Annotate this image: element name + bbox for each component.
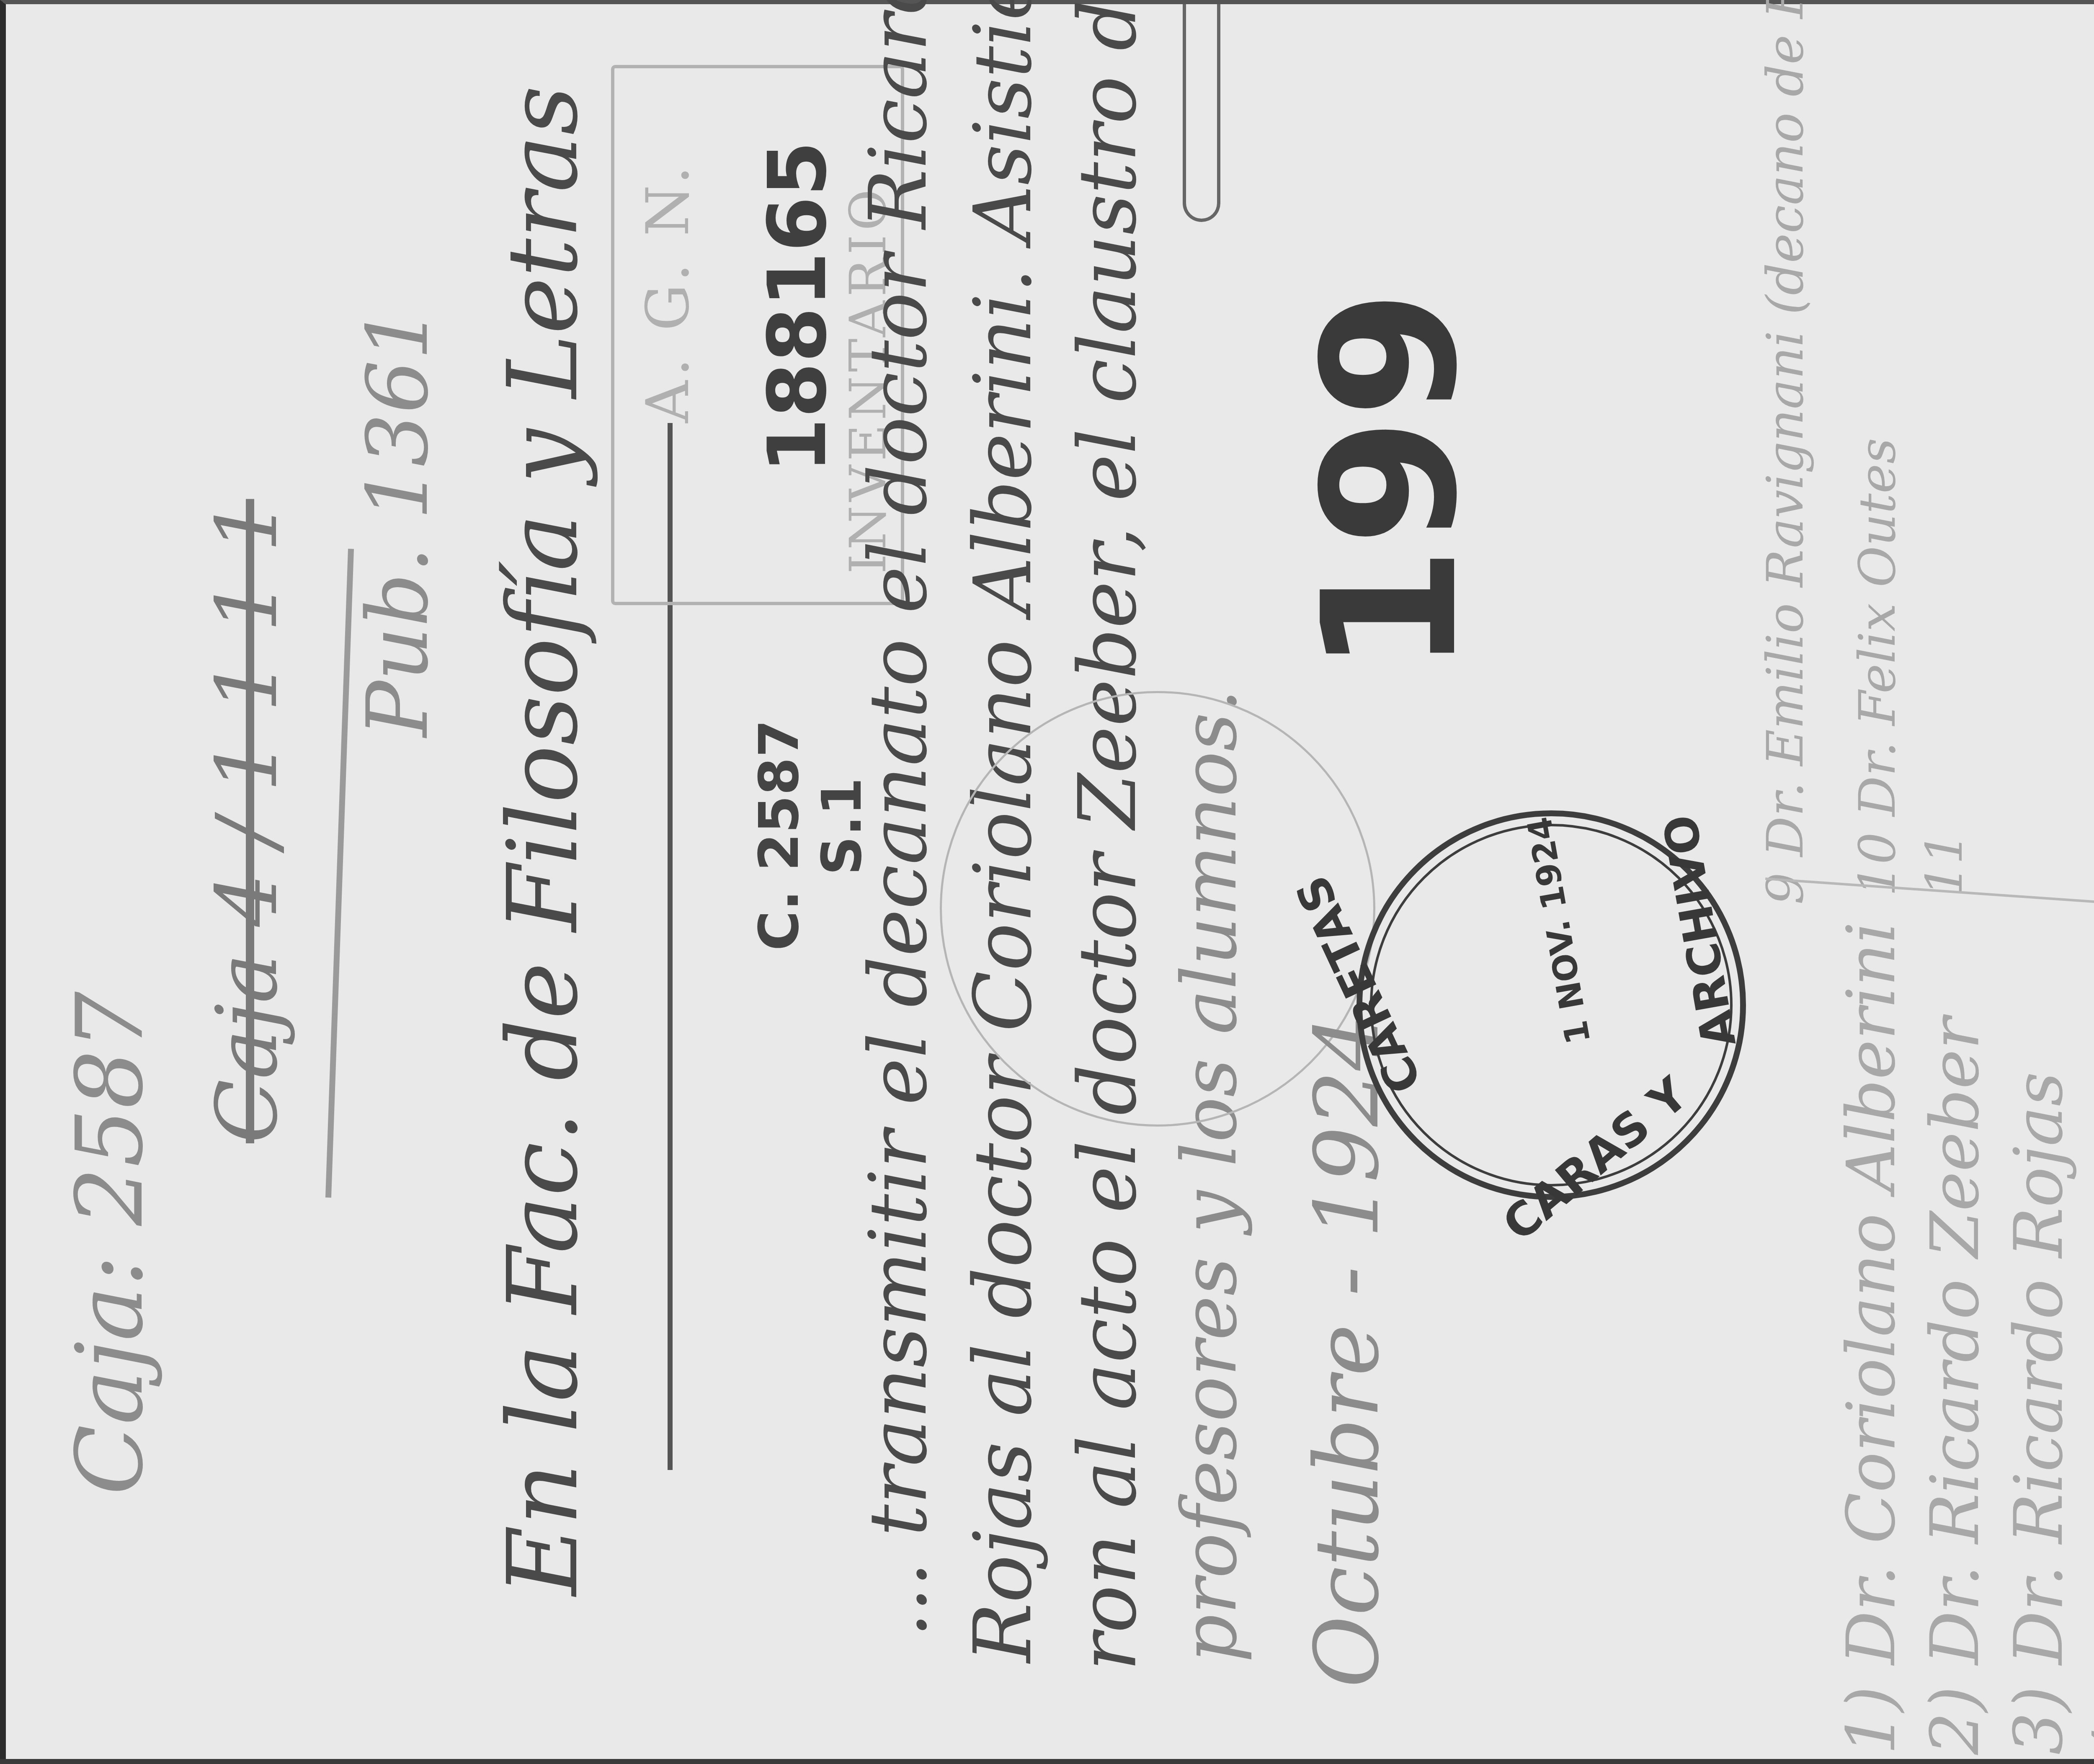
caption-line-1: ... transmitir el decanato el doctor Ric… <box>852 0 944 1638</box>
side-note-11: 11 <box>1916 832 1974 896</box>
agn-header: A. G. N. <box>634 162 702 423</box>
side-note-9: 9 Dr. Emilio Ravignani (decano de F. de … <box>1756 0 1815 905</box>
date-written: Octubre - 1924 <box>1296 1015 1398 1688</box>
crossed-out-caja: Caja 4 / 1 1 1 1 <box>199 499 296 1143</box>
side-note-10: 10 Dr. Felix Outes <box>1849 438 1907 896</box>
names-list-3: 3) Dr. Ricardo Rojas <box>1999 1072 2078 1755</box>
heading: En la Fac. de Filosofía y Letras <box>487 85 599 1596</box>
agn-inventory-number: 188165 <box>751 141 844 473</box>
big-number: 199 <box>1283 290 1498 674</box>
pub-note: Pub. 1361 <box>349 307 447 737</box>
names-list-2: 2) Dr. Ricardo Zeeber <box>1916 1017 1994 1755</box>
names-list-4: 4 <box>2083 1725 2094 1755</box>
caja-note: Caja: 2587 <box>56 991 163 1495</box>
photo-reverse-sheet: Caja: 2587 Caja 4 / 1 1 1 1 Pub. 1361 En… <box>0 0 2094 1759</box>
ink-oval-mark <box>1183 4 1220 222</box>
catalog-code: C. 2587 <box>747 720 811 951</box>
names-list-1: 1) Dr. Coriolano Alberini <box>1832 922 1910 1755</box>
